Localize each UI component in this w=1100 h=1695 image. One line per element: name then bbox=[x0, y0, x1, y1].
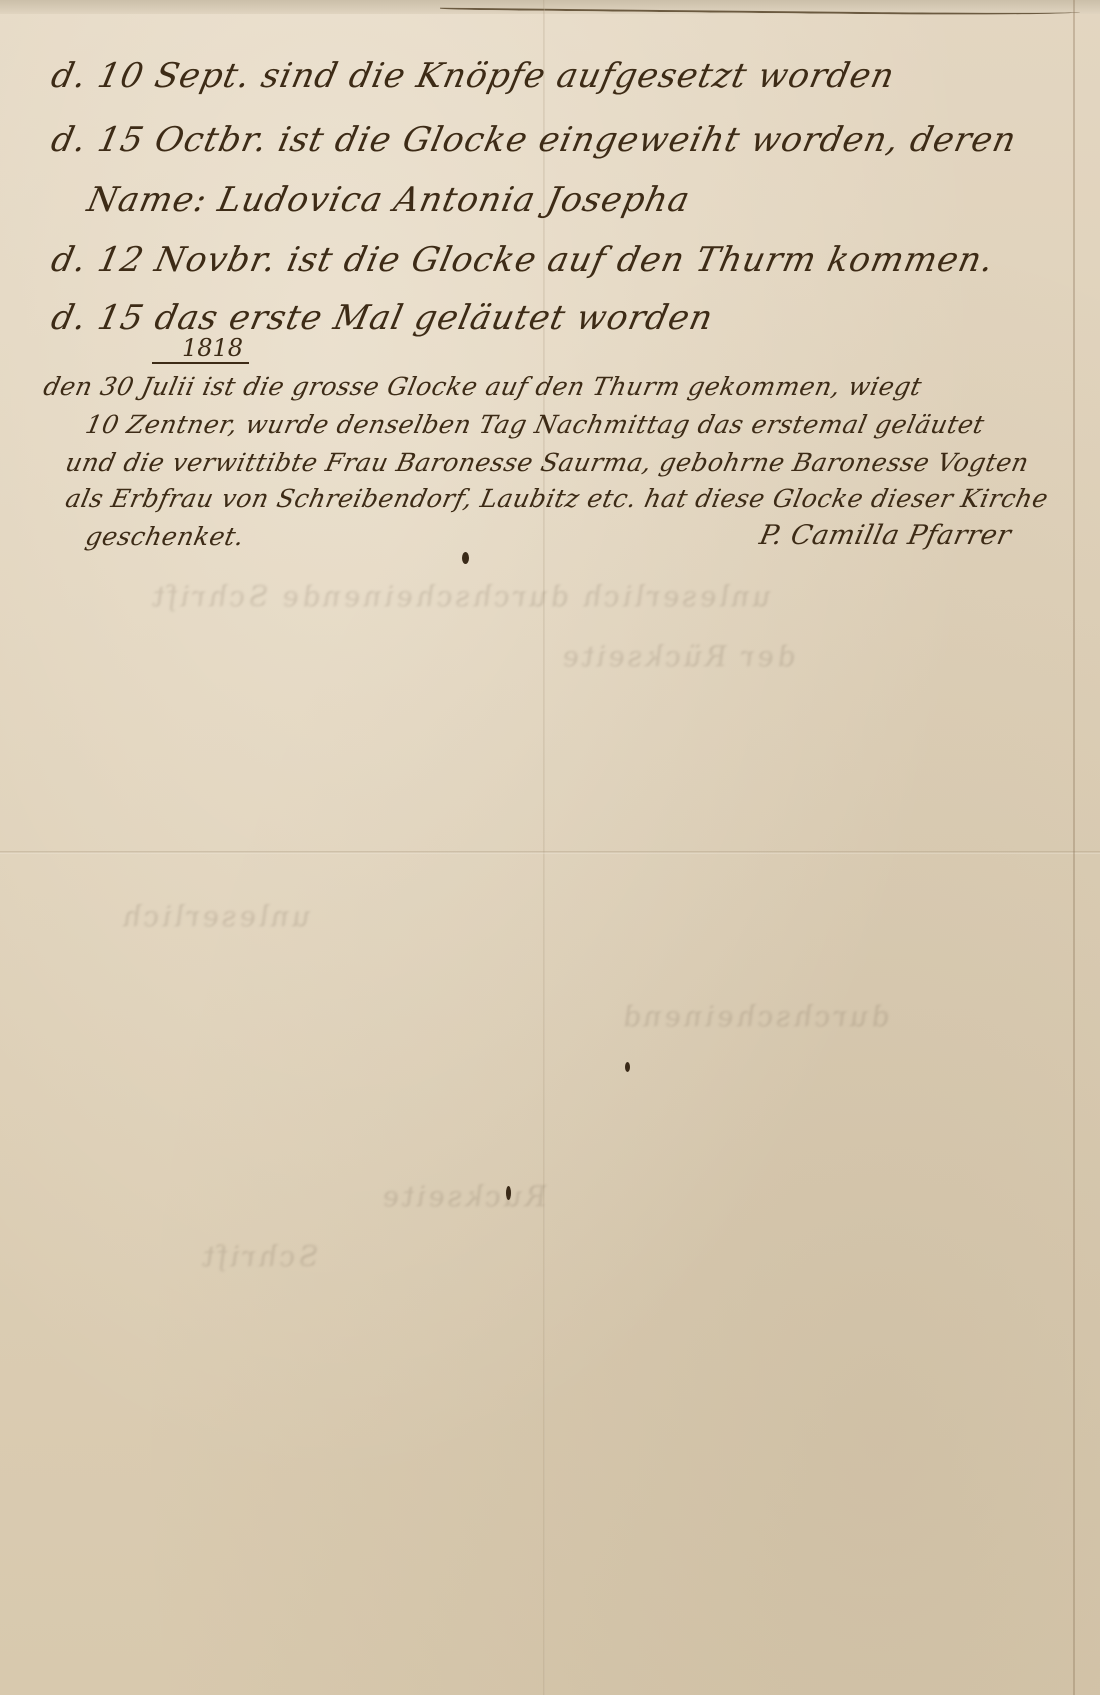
ink-blot bbox=[462, 552, 469, 564]
ink-blot bbox=[625, 1062, 630, 1072]
bleed-through-text: unleserlich durchscheinende Schrift bbox=[145, 580, 777, 613]
paragraph-line: 10 Zentner, wurde denselben Tag Nachmitt… bbox=[83, 410, 987, 439]
entry-line: d. 10 Sept. sind die Knöpfe aufgesetzt w… bbox=[48, 56, 899, 96]
bleed-through-text: Schrift bbox=[195, 1240, 324, 1273]
bleed-through-text: der Rückseite bbox=[555, 640, 801, 673]
torn-top-edge bbox=[0, 0, 1100, 14]
bleed-through-text: Ruckseite bbox=[375, 1180, 552, 1213]
paragraph-line: und die verwittibte Frau Baronesse Saurm… bbox=[63, 448, 1032, 477]
ink-blot bbox=[506, 1186, 511, 1200]
paragraph-line: als Erbfrau von Schreibendorf, Laubitz e… bbox=[63, 484, 1051, 513]
manuscript-page: unleserlich durchscheinende Schrift der … bbox=[0, 0, 1100, 1695]
paragraph-line: geschenket. bbox=[83, 522, 247, 551]
right-edge-fold bbox=[1073, 0, 1075, 1695]
signature: P. Camilla Pfarrer bbox=[757, 520, 1014, 551]
entry-line: d. 15 das erste Mal geläutet worden bbox=[48, 298, 717, 338]
entry-line: Name: Ludovica Antonia Josepha bbox=[84, 180, 694, 220]
entry-line: d. 15 Octbr. ist die Glocke eingeweiht w… bbox=[48, 120, 1021, 160]
horizontal-fold-crease bbox=[0, 851, 1100, 854]
bleed-through-text: durchscheinend bbox=[615, 1000, 895, 1033]
entry-line: d. 12 Novbr. ist die Glocke auf den Thur… bbox=[48, 240, 998, 280]
bleed-through-text: unleserlich bbox=[115, 900, 316, 933]
paragraph-line: den 30 Julii ist die grosse Glocke auf d… bbox=[41, 372, 925, 401]
year-heading: 1818 bbox=[152, 334, 249, 364]
